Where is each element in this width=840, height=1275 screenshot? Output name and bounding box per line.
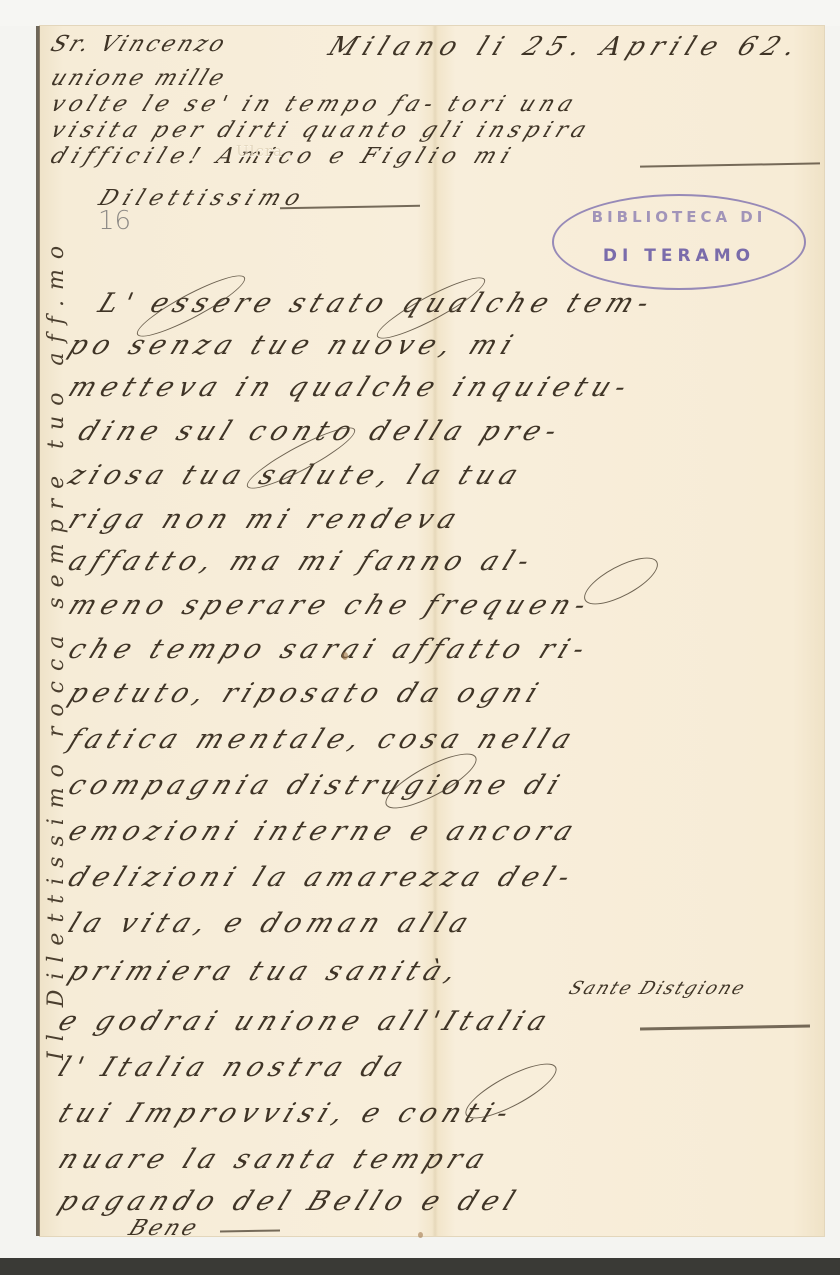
body-line: po senza tue nuove, mi <box>64 330 523 361</box>
header-note-line: volte le se' in tempo fa- tori una <box>47 92 582 117</box>
center-fold <box>432 26 438 1236</box>
scanner-bottom-bar <box>0 1258 840 1275</box>
library-stamp-top-text: BIBLIOTECA DI <box>554 208 804 226</box>
place-date: Milano li 25. Aprile 62. <box>324 32 808 62</box>
library-stamp: BIBLIOTECA DI DI TERAMO <box>552 194 806 290</box>
body-line: compagnia distrugione di <box>64 770 570 801</box>
body-line: l' Italia nostra da <box>54 1052 414 1083</box>
body-line: meno sperare che frequen- <box>64 590 597 621</box>
scan-top-margin <box>0 0 840 26</box>
body-line: che tempo sarai affatto ri- <box>64 634 596 665</box>
body-line: tui Improvvisi, e conti- <box>54 1098 519 1129</box>
body-line: metteva in qualche inquietu- <box>64 372 637 403</box>
blind-stamp: Ulcra <box>236 142 283 160</box>
body-line: emozioni interne e ancora <box>64 816 584 847</box>
body-line: Bene <box>125 1216 203 1241</box>
ink-spot <box>418 1232 423 1238</box>
strike-through <box>640 1025 810 1031</box>
body-line: nuare la santa tempra <box>54 1144 496 1175</box>
interlinear-correction: Sante Distgione <box>566 978 750 999</box>
body-line: pagando del Bello e del <box>54 1186 526 1217</box>
underline-rule <box>220 1229 280 1232</box>
letter-page: Sr. Vincenzo Milano li 25. Aprile 62. un… <box>40 26 824 1236</box>
body-line: e godrai unione all'Italia <box>54 1006 558 1037</box>
pencil-number: 16 <box>98 206 131 236</box>
body-line: fatica mentale, cosa nella <box>64 724 582 755</box>
header-note-line: visita per dirti quanto gli inspira <box>47 118 595 143</box>
library-stamp-bottom-text: DI TERAMO <box>554 246 804 266</box>
flourish <box>578 549 664 614</box>
underline-rule <box>640 162 820 167</box>
header-note-line: unione mille <box>47 66 231 91</box>
ink-spot <box>342 652 348 660</box>
body-line: la vita, e doman alla <box>64 908 479 939</box>
body-line: petuto, riposato da ogni <box>64 678 549 709</box>
margin-note-vertical: Il Dilettissimo rocca sempre tuo aff.mo <box>44 160 69 1060</box>
body-line: riga non mi rendeva <box>64 504 467 535</box>
header-note-line: difficile! Amico e Figlio mi <box>47 144 520 169</box>
body-line: delizioni la amarezza del- <box>64 862 581 893</box>
salutation-top: Sr. Vincenzo <box>47 32 231 57</box>
body-line: affatto, ma mi fanno al- <box>64 546 540 577</box>
body-line: primiera tua sanità, <box>64 956 468 987</box>
